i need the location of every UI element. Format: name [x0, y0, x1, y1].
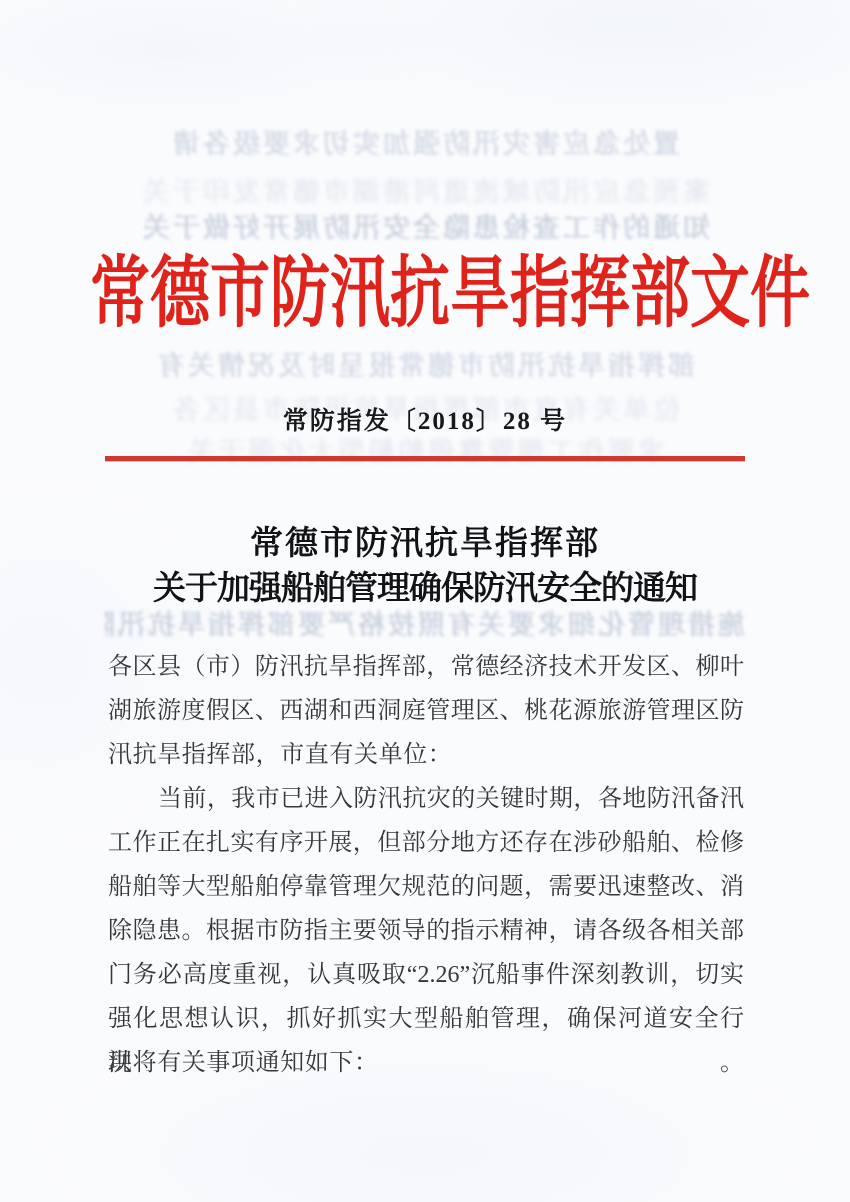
body-line: 强化思想认识，抓好抓实大型船舶管理，确保河道安全行洪。	[108, 997, 744, 1041]
bleed-through-ghost-line: 部挥指旱抗汛防市德常报呈时及况情关有	[105, 344, 745, 383]
body-line: 船舶等大型船舶停靠管理欠规范的问题，需要迅速整改、消	[108, 865, 744, 909]
document-number: 常防指发〔2018〕28 号	[0, 401, 850, 437]
body-line: 湖旅游度假区、西湖和西洞庭管理区、桃花源旅游管理区防	[108, 689, 744, 733]
body-line: 各区县（市）防汛抗旱指挥部，常德经济技术开发区、柳叶	[108, 645, 744, 689]
bleed-through-ghost-line: 案预急应汛防域流道河港湖市德常发印于关	[105, 170, 745, 209]
red-separator-rule	[105, 456, 745, 461]
notice-title-line1: 常德市防汛抗旱指挥部	[0, 517, 850, 564]
bleed-through-ghost-line: 置处急应害灾汛防强加实切求要级各请	[105, 122, 745, 161]
body-line: 工作正在扎实有序开展，但部分地方还存在涉砂船舶、检修	[108, 821, 744, 865]
body-line: 门务必高度重视，认真吸取“2.26”沉船事件深刻教训，切实	[108, 953, 744, 997]
notice-title-line2: 关于加强船舶管理确保防汛安全的通知	[0, 562, 850, 609]
notice-body: 各区县（市）防汛抗旱指挥部，常德经济技术开发区、柳叶 湖旅游度假区、西湖和西洞庭…	[108, 645, 744, 1085]
letterhead-title: 常德市防汛抗旱指挥部文件	[0, 233, 850, 340]
body-line: 除隐患。根据市防指主要领导的指示精神，请各级各相关部	[108, 909, 744, 953]
body-line: 当前，我市已进入防汛抗灾的关键时期，各地防汛备汛	[108, 777, 744, 821]
scanned-official-document-page: 置处急应害灾汛防强加实切求要级各请 案预急应汛防域流道河港湖市德常发印于关 知通…	[0, 0, 850, 1202]
body-line: 汛抗旱指挥部，市直有关单位：	[108, 733, 744, 777]
letterhead-title-text: 常德市防汛抗旱指挥部文件	[90, 231, 810, 342]
